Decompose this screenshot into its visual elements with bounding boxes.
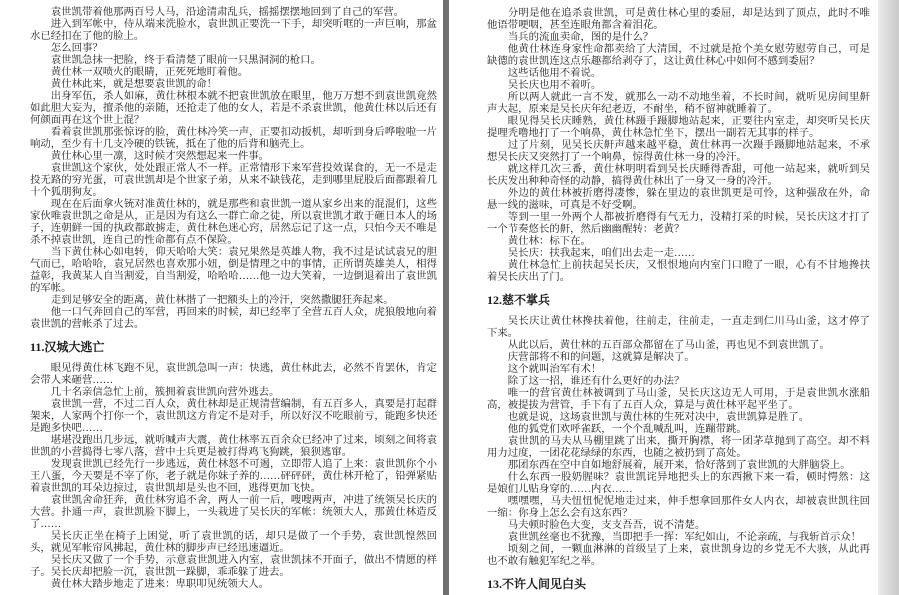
paragraph: 看着袁世凯那张惊讶的脸，黄仕林冷笑一声，正要扣动扳机，却听到身后哗啦啦一片响动，… (30, 127, 437, 151)
paragraph: 庆营部将不和的问题，这就算是解决了。 (487, 352, 870, 364)
paragraph: 吴长庆正坐在椅子上困觉，听了袁世凯的话，却只是做了一个手势，袁世凯惶然回头，就见… (30, 531, 437, 555)
paragraph: 就这样几次三番，黄仕林明明看到吴长庆睡得香甜，可他一站起来，就听到吴长庆发出种种… (487, 164, 870, 188)
left-page: 袁世凯带着他那两百号人马，沿途清肃乱兵，摇摇摆摆地回到了自己的军营。进入到军帐中… (0, 0, 443, 595)
paragraph: 黄仕林心里一凛，这时候才突然想起来一件事。 (30, 151, 437, 163)
paragraph: 袁世凯一营，不过二百人众，黄仕林却是正规清营编制，有五百多人，真要是打起群架来，… (30, 399, 437, 435)
paragraph: 除了这一招，谁还有什么更好的办法？ (487, 376, 870, 388)
paragraph: 袁世凯的马夫从马棚里跳了出来，撕开胸襟，将一团茅草抛到了高空。却不料用力过度，一… (487, 436, 870, 460)
paragraph: 袁世凯急抹一把脸，终于看清楚了眼前一只黑洞洞的枪口。 (30, 55, 437, 67)
paragraph: 出身军伍，杀人如麻，黄仕林根本就不把袁世凯放在眼里，他万万想不到袁世凯竟然如此胆… (30, 91, 437, 127)
book-spread: 袁世凯带着他那两百号人马，沿途清肃乱兵，摇摇摆摆地回到了自己的军营。进入到军帐中… (0, 0, 899, 595)
paragraph: 吴长庆让黄仕林搀扶着他，往前走，往前走，一直走到仁川马山釜，这才停了下来。 (487, 316, 870, 340)
paragraph: 顷刻之间，一颗血淋淋的首级呈了上来，袁世凯身边的乡党无不大骇，从此再也不敢有触犯… (487, 544, 870, 568)
paragraph: 吴长庆也用不着听。 (487, 80, 870, 92)
paragraph: 袁世凯丝毫也不犹豫，当即把手一挥：军纪如山，不论亲疏，与我斩首示众！ (487, 532, 870, 544)
paragraph: 袁世凯舍命狂奔，黄仕林穷追不舍，两人一前一后，嗖嗖两声，冲进了统领吴长庆的大营。… (30, 495, 437, 531)
paragraph: 吴长庆又做了一个手势，示意袁世凯进入内室，袁世凯抹不开面子，做出不情愿的样子。吴… (30, 555, 437, 579)
right-page: 分明是他在追杀袁世凯，可是黄仕林心里的委屈，却是达到了顶点，此时不唯他语带哽咽，… (449, 0, 878, 595)
paragraph: 黄仕林一双喷火的眼睛，正死死地盯着他。 (30, 67, 437, 79)
paragraph: 几十名亲信急忙上前，簇拥着袁世凯向营外逃去。 (30, 387, 437, 399)
paragraph: 眼见得吴长庆睡熟，黄仕林蹑手蹑脚地站起来，正要往内室走，却突听吴长庆提哩秃噜地打… (487, 116, 870, 140)
paragraph: 他一口气奔回自己的军营，再回来的时候，却已经率了全营五百人众，虎狼般地向着袁世凯… (30, 307, 437, 331)
paragraph: 他黄仕林连身家性命都卖给了大清国，不过就是抢个美女慰劳慰劳自己，可是缺德的袁世凯… (487, 44, 870, 68)
paragraph: 怎么回事？ (30, 43, 437, 55)
paragraph: 他的狐党们欢呼雀跃，一个个乱喊乱叫，连蹦带跳。 (487, 424, 870, 436)
paragraph: 袁世凯这个家伙，处处跟正常人不一样。正常情形下来军营投效谋食的，无一不是走投无路… (30, 163, 437, 199)
paragraph: 这个就叫治军有术！ (487, 364, 870, 376)
paragraph: 黄仕林大踏步地走了进来：卑职叩见统领大人。 (30, 579, 437, 591)
paragraph: 当兵的流血卖命，图的是什么？ (487, 32, 870, 44)
paragraph: 黄仕林急忙上前扶起吴长庆，又恨恨地向内室门口瞪了一眼，心有不甘地搀扶着吴长庆出了… (487, 260, 870, 284)
paragraph: 当下黄仕林心如电转，仰天哈哈大笑：袁兄果然是英雄人物，我不过是试试袁兄的胆气而已… (30, 247, 437, 295)
paragraph: 堪堪没跑出几步远，就听喊声大震，黄仕林率五百余众已经冲了过来，顷刻之间将袁世凯的… (30, 435, 437, 459)
paragraph: 现在在后面拿火铳对准黄仕林的，就是那些和袁世凯一道从家乡出来的混混们，这些家伙唯… (30, 199, 437, 247)
paragraph: 进入到军帐中，侍从端来洗脸水，袁世凯正要洗一下手，却突听哐的一声巨响，那盆水已经… (30, 19, 437, 43)
chapter-heading: 13.不许人间见白头 (487, 578, 870, 591)
chapter-heading: 12.慈不掌兵 (487, 294, 870, 307)
paragraph: 那团东西在空中自如地舒展着，展开来，恰好落到了袁世凯的大胖脑袋上。 (487, 460, 870, 472)
paragraph: 等到一里一外两个人都被折磨得有气无力，没精打采的时候，吴长庆这才打了一个节奏悠长… (487, 212, 870, 236)
paragraph: 吴长庆：扶我起来，咱们出去走一走…… (487, 248, 870, 260)
paragraph: 从此以后，黄仕林的五百部众都留在了马山釜，再也见不到袁世凯了。 (487, 340, 870, 352)
paragraph: 这些话他用不着说。 (487, 68, 870, 80)
paragraph: 也就是说，这场袁世凯与黄仕林的生死对决中，袁世凯算是胜了。 (487, 412, 870, 424)
right-edge-shadow (878, 0, 899, 595)
paragraph: 眼见得黄仕林飞跑不见，袁世凯急叫一声：快逃，黄仕林此去，必然不肯罢休，肯定会带人… (30, 363, 437, 387)
paragraph: 唯一的营官黄仕林被调到了马山釜，吴长庆这边无人可用，于是袁世凯水涨船高，被提拔为… (487, 388, 870, 412)
paragraph: 分明是他在追杀袁世凯，可是黄仕林心里的委屈，却是达到了顶点，此时不唯他语带哽咽，… (487, 8, 870, 32)
paragraph: 黄仕林此来，就是想要袁世凯的命！ (30, 79, 437, 91)
paragraph: 走到足够安全的距离，黄仕林揩了一把额头上的冷汗，突然撒腿狂奔起来。 (30, 295, 437, 307)
paragraph: 嘿嘿嘿，马夫忸忸怩怩地走过来，伸手想拿回那件女人内衣，却被袁世凯往回一缩：你身上… (487, 496, 870, 520)
paragraph: 过了片刻，见吴长庆鼾声越来越平稳，黄仕林再一次蹑手蹑脚地站起来，不承想吴长庆又突… (487, 140, 870, 164)
paragraph: 外边的黄仕林被折磨得凄惨，躲在里边的袁世凯更是可怜，这种强敌在外，命悬一线的滋味… (487, 188, 870, 212)
paragraph: 所以两人就此一言不发，就那么一动不动地坐着，不长时间，就听见房间里鼾声大起，原来… (487, 92, 870, 116)
paragraph: 什么东西一股奶腥味？袁世凯诧异地把头上的东西揪下来一看，顿时愕然：这是娘们儿贴身… (487, 472, 870, 496)
paragraph: 发现袁世凯已经先行一步逃远，黄仕林怒不可遏，立即带人追了上来：袁世凯你个小王八蛋… (30, 459, 437, 495)
chapter-heading: 11.汉城大逃亡 (30, 341, 437, 354)
paragraph: 黄仕林：标下在。 (487, 236, 870, 248)
paragraph: 袁世凯带着他那两百号人马，沿途清肃乱兵，摇摇摆摆地回到了自己的军营。 (30, 7, 437, 19)
paragraph: 马夫顿时脸色大变，支支吾吾，说不清楚。 (487, 520, 870, 532)
